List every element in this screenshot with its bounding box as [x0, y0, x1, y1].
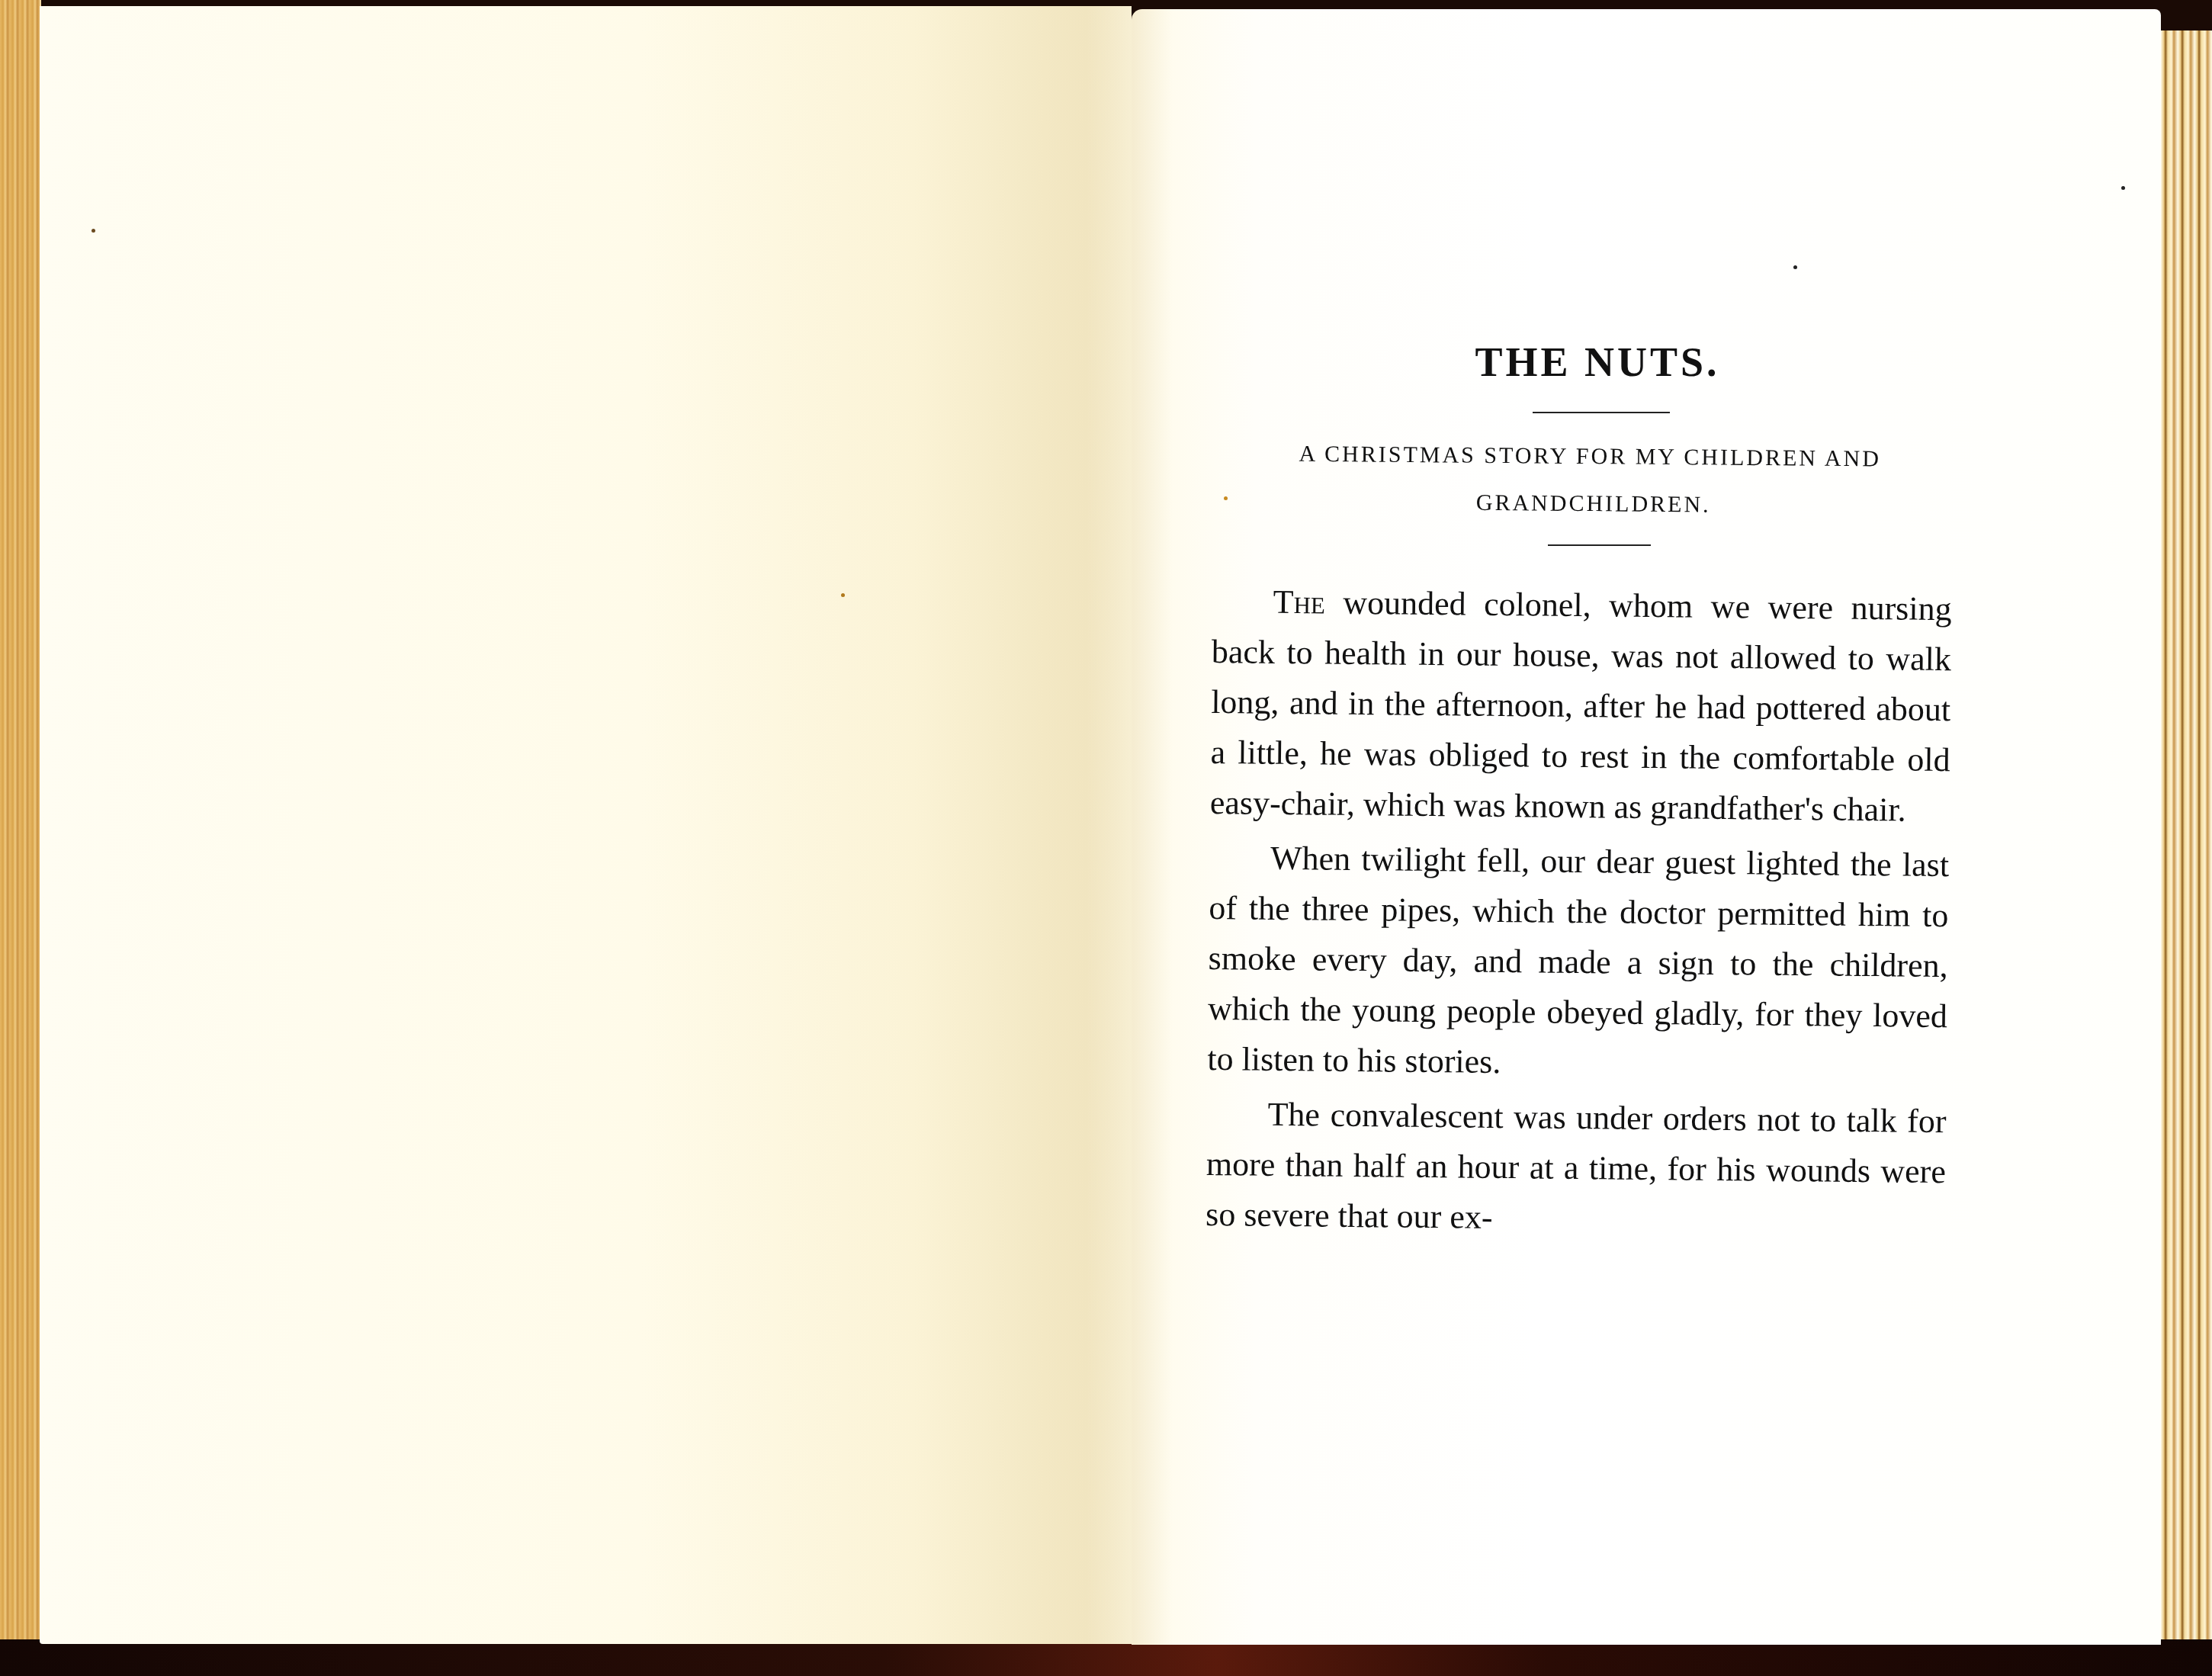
paper-speck: [91, 229, 95, 233]
subtitle-line-2: grandchildren.: [1212, 477, 1952, 531]
paper-speck: [841, 593, 845, 597]
paragraph: The convalescent was under orders not to…: [1206, 1089, 1947, 1247]
chapter-title: THE NUTS.: [1212, 336, 1952, 389]
subtitle-line-1: A Christmas story for my children and: [1212, 430, 1953, 483]
paragraph: When twilight fell, our dear guest light…: [1207, 833, 1949, 1092]
left-page-edges: [0, 0, 41, 1639]
subtitle-rule: [1548, 544, 1651, 546]
chapter-subtitle: A Christmas story for my children and gr…: [1212, 430, 1952, 531]
paragraph: The wounded colonel, whom we were nursin…: [1210, 576, 1952, 836]
paper-speck: [1793, 265, 1797, 269]
title-rule: [1533, 412, 1670, 413]
paper-speck: [2121, 186, 2125, 190]
paragraph-text: The convalescent was under orders not to…: [1206, 1096, 1947, 1236]
drop-lead: The: [1273, 583, 1325, 621]
gutter-shadow: [1086, 6, 1132, 1644]
book-scan: THE NUTS. A Christmas story for my child…: [0, 0, 2212, 1676]
left-page-blank: [40, 6, 1132, 1644]
chapter-body: The wounded colonel, whom we were nursin…: [1206, 576, 1952, 1247]
chapter-page: THE NUTS. A Christmas story for my child…: [1212, 336, 1952, 1244]
right-page-edges: [2161, 31, 2212, 1639]
paragraph-text: When twilight fell, our dear guest light…: [1207, 840, 1949, 1080]
